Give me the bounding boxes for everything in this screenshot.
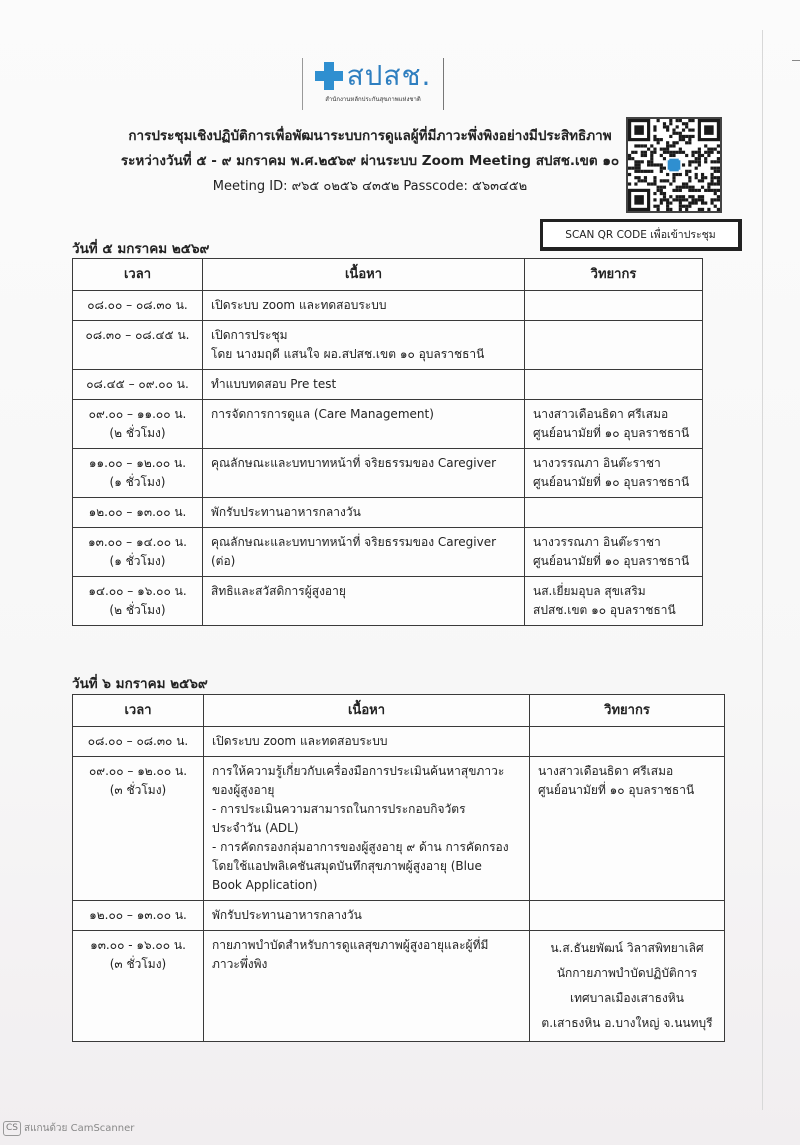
- camscanner-watermark: CS สแกนด้วย CamScanner: [3, 1121, 134, 1136]
- time-cell: ๑๒.๐๐ – ๑๓.๐๐ น.: [73, 498, 203, 528]
- speaker-line: นส.เยี่ยมอุบล สุขเสริม: [533, 582, 694, 601]
- content-line: สิทธิและสวัสดิการผู้สูงอายุ: [211, 582, 516, 601]
- time-range: ๑๔.๐๐ – ๑๖.๐๐ น.: [81, 582, 194, 601]
- speaker-line: ศูนย์อนามัยที่ ๑๐ อุบลราชธานี: [533, 552, 694, 571]
- column-header: เนื้อหา: [204, 695, 530, 727]
- speaker-line: ศูนย์อนามัยที่ ๑๐ อุบลราชธานี: [538, 781, 716, 800]
- speaker-cell: นางวรรณภา อินต๊ะราชาศูนย์อนามัยที่ ๑๐ อุ…: [525, 528, 703, 577]
- speaker-cell: นางสาวเดือนธิดา ศรีเสมอศูนย์อนามัยที่ ๑๐…: [530, 757, 725, 901]
- speaker-line: ศูนย์อนามัยที่ ๑๐ อุบลราชธานี: [533, 424, 694, 443]
- day-heading-2: วันที่ ๖ มกราคม ๒๕๖๙: [72, 672, 208, 694]
- content-cell: คุณลักษณะและบทบาทหน้าที่ จริยธรรมของ Car…: [203, 449, 525, 498]
- content-line: คุณลักษณะและบทบาทหน้าที่ จริยธรรมของ Car…: [211, 454, 516, 473]
- speaker-line: นางวรรณภา อินต๊ะราชา: [533, 454, 694, 473]
- schedule-table-day-1: เวลาเนื้อหาวิทยากร ๐๘.๐๐ – ๐๘.๓๐ น.เปิดร…: [72, 258, 703, 626]
- table-row: ๑๓.๐๐ – ๑๔.๐๐ น.(๑ ชั่วโมง)คุณลักษณะและบ…: [73, 528, 703, 577]
- content-cell: คุณลักษณะและบทบาทหน้าที่ จริยธรรมของ Car…: [203, 528, 525, 577]
- time-cell: ๑๓.๐๐ – ๑๔.๐๐ น.(๑ ชั่วโมง): [73, 528, 203, 577]
- speaker-line: เทศบาลเมืองเสาธงหิน: [538, 986, 716, 1011]
- time-range: ๑๒.๐๐ – ๑๓.๐๐ น.: [81, 503, 194, 522]
- speaker-cell: นส.เยี่ยมอุบล สุขเสริมสปสช.เขต ๑๐ อุบลรา…: [525, 577, 703, 626]
- time-range: ๐๘.๓๐ – ๐๘.๔๕ น.: [81, 326, 194, 345]
- speaker-line: สปสช.เขต ๑๐ อุบลราชธานี: [533, 601, 694, 620]
- column-header: เวลา: [73, 259, 203, 291]
- table-row: ๐๘.๓๐ – ๐๘.๔๕ น.เปิดการประชุมโดย นางมฤดี…: [73, 321, 703, 370]
- content-cell: เปิดระบบ zoom และทดสอบระบบ: [203, 291, 525, 321]
- duration: (๓ ชั่วโมง): [81, 781, 195, 800]
- table-row: ๐๙.๐๐ – ๑๑.๐๐ น.(๒ ชั่วโมง)การจัดการการด…: [73, 400, 703, 449]
- time-range: ๑๓.๐๐ - ๑๖.๐๐ น.: [81, 936, 195, 955]
- speaker-line: นางสาวเดือนธิดา ศรีเสมอ: [538, 762, 716, 781]
- column-header: เวลา: [73, 695, 204, 727]
- duration: (๑ ชั่วโมง): [81, 473, 194, 492]
- duration: (๑ ชั่วโมง): [81, 552, 194, 571]
- time-cell: ๑๔.๐๐ – ๑๖.๐๐ น.(๒ ชั่วโมง): [73, 577, 203, 626]
- speaker-line: นักกายภาพบำบัดปฏิบัติการ: [538, 961, 716, 986]
- speaker-line: นางวรรณภา อินต๊ะราชา: [533, 533, 694, 552]
- speaker-cell: นางสาวเดือนธิดา ศรีเสมอศูนย์อนามัยที่ ๑๐…: [525, 400, 703, 449]
- speaker-line: นางสาวเดือนธิดา ศรีเสมอ: [533, 405, 694, 424]
- scan-qr-label: SCAN QR CODE เพื่อเข้าประชุม: [540, 219, 742, 251]
- table-row: ๑๒.๐๐ – ๑๓.๐๐ น.พักรับประทานอาหารกลางวัน: [73, 498, 703, 528]
- column-header: เนื้อหา: [203, 259, 525, 291]
- time-range: ๐๙.๐๐ – ๑๑.๐๐ น.: [81, 405, 194, 424]
- duration: (๓ ชั่วโมง): [81, 955, 195, 974]
- speaker-cell: [525, 291, 703, 321]
- time-cell: ๐๘.๐๐ – ๐๘.๓๐ น.: [73, 291, 203, 321]
- content-line: เปิดระบบ zoom และทดสอบระบบ: [211, 296, 516, 315]
- time-cell: ๐๙.๐๐ – ๑๑.๐๐ น.(๒ ชั่วโมง): [73, 400, 203, 449]
- content-line: ประจำวัน (ADL): [212, 819, 521, 838]
- nhso-logo: สปสช. สำนักงานหลักประกันสุขภาพแห่งชาติ: [302, 58, 444, 110]
- duration: (๒ ชั่วโมง): [81, 424, 194, 443]
- content-line: ทำแบบทดสอบ Pre test: [211, 375, 516, 394]
- time-cell: ๑๓.๐๐ - ๑๖.๐๐ น.(๓ ชั่วโมง): [73, 931, 204, 1042]
- title-line-2: ระหว่างวันที่ ๕ - ๙ มกราคม พ.ศ.๒๕๖๙ ผ่าน…: [110, 149, 630, 174]
- time-range: ๐๘.๐๐ – ๐๘.๓๐ น.: [81, 296, 194, 315]
- time-range: ๐๙.๐๐ – ๑๒.๐๐ น.: [81, 762, 195, 781]
- table-row: ๑๔.๐๐ – ๑๖.๐๐ น.(๒ ชั่วโมง)สิทธิและสวัสด…: [73, 577, 703, 626]
- time-range: ๐๘.๐๐ – ๐๘.๓๐ น.: [81, 732, 195, 751]
- table-row: ๐๘.๐๐ – ๐๘.๓๐ น.เปิดระบบ zoom และทดสอบระ…: [73, 291, 703, 321]
- time-cell: ๐๙.๐๐ – ๑๒.๐๐ น.(๓ ชั่วโมง): [73, 757, 204, 901]
- content-line: เปิดการประชุม: [211, 326, 516, 345]
- content-cell: เปิดระบบ zoom และทดสอบระบบ: [204, 727, 530, 757]
- content-line: - การประเมินความสามารถในการประกอบกิจวัตร: [212, 800, 521, 819]
- time-cell: ๑๒.๐๐ – ๑๓.๐๐ น.: [73, 901, 204, 931]
- content-cell: สิทธิและสวัสดิการผู้สูงอายุ: [203, 577, 525, 626]
- logo-text: สปสช.: [347, 60, 432, 92]
- content-cell: ทำแบบทดสอบ Pre test: [203, 370, 525, 400]
- content-cell: กายภาพบำบัดสำหรับการดูแลสุขภาพผู้สูงอายุ…: [204, 931, 530, 1042]
- content-line: (ต่อ): [211, 552, 516, 571]
- content-line: - การคัดกรองกลุ่มอาการของผู้สูงอายุ ๙ ด้…: [212, 838, 521, 857]
- speaker-cell: นางวรรณภา อินต๊ะราชาศูนย์อนามัยที่ ๑๐ อุ…: [525, 449, 703, 498]
- time-cell: ๐๘.๐๐ – ๐๘.๓๐ น.: [73, 727, 204, 757]
- table-row: ๑๑.๐๐ – ๑๒.๐๐ น.(๑ ชั่วโมง)คุณลักษณะและบ…: [73, 449, 703, 498]
- content-cell: พักรับประทานอาหารกลางวัน: [204, 901, 530, 931]
- qr-code[interactable]: [626, 117, 722, 213]
- table-row: ๑๒.๐๐ – ๑๓.๐๐ น.พักรับประทานอาหารกลางวัน: [73, 901, 725, 931]
- camscanner-icon: CS: [3, 1121, 21, 1136]
- content-line: คุณลักษณะและบทบาทหน้าที่ จริยธรรมของ Car…: [211, 533, 516, 552]
- table-row: ๐๙.๐๐ – ๑๒.๐๐ น.(๓ ชั่วโมง)การให้ความรู้…: [73, 757, 725, 901]
- speaker-line: ต.เสาธงหิน อ.บางใหญ่ จ.นนทบุรี: [538, 1011, 716, 1036]
- content-line: โดยใช้แอปพลิเคชันสมุดบันทึกสุขภาพผู้สูงอ…: [212, 857, 521, 876]
- watermark-text: สแกนด้วย CamScanner: [24, 1121, 134, 1136]
- content-line: Book Application): [212, 876, 521, 895]
- document-title: การประชุมเชิงปฏิบัติการเพื่อพัฒนาระบบการ…: [110, 124, 630, 199]
- content-line: การจัดการการดูแล (Care Management): [211, 405, 516, 424]
- content-line: โดย นางมฤดี แสนใจ ผอ.สปสช.เขต ๑๐ อุบลราช…: [211, 345, 516, 364]
- logo-subtitle: สำนักงานหลักประกันสุขภาพแห่งชาติ: [325, 94, 421, 104]
- speaker-cell: [525, 321, 703, 370]
- duration: (๒ ชั่วโมง): [81, 601, 194, 620]
- speaker-line: ศูนย์อนามัยที่ ๑๐ อุบลราชธานี: [533, 473, 694, 492]
- table-row: ๑๓.๐๐ - ๑๖.๐๐ น.(๓ ชั่วโมง)กายภาพบำบัดสำ…: [73, 931, 725, 1042]
- time-cell: ๐๘.๓๐ – ๐๘.๔๕ น.: [73, 321, 203, 370]
- table-row: ๐๘.๔๕ – ๐๙.๐๐ น.ทำแบบทดสอบ Pre test: [73, 370, 703, 400]
- medical-cross-icon: [315, 62, 343, 90]
- title-line-1: การประชุมเชิงปฏิบัติการเพื่อพัฒนาระบบการ…: [110, 124, 630, 149]
- content-line: กายภาพบำบัดสำหรับการดูแลสุขภาพผู้สูงอายุ…: [212, 936, 521, 955]
- qr-code-icon: [628, 119, 720, 211]
- time-range: ๑๒.๐๐ – ๑๓.๐๐ น.: [81, 906, 195, 925]
- speaker-cell: [525, 498, 703, 528]
- day-heading-1: วันที่ ๕ มกราคม ๒๕๖๙: [72, 237, 209, 259]
- speaker-cell: [525, 370, 703, 400]
- column-header: วิทยากร: [530, 695, 725, 727]
- content-line: พักรับประทานอาหารกลางวัน: [211, 503, 516, 522]
- content-line: การให้ความรู้เกี่ยวกับเครื่องมือการประเม…: [212, 762, 521, 781]
- content-cell: เปิดการประชุมโดย นางมฤดี แสนใจ ผอ.สปสช.เ…: [203, 321, 525, 370]
- time-cell: ๐๘.๔๕ – ๐๙.๐๐ น.: [73, 370, 203, 400]
- speaker-cell: น.ส.ธันยพัฒน์ วิลาสพิทยาเลิศนักกายภาพบำบ…: [530, 931, 725, 1042]
- table-row: ๐๘.๐๐ – ๐๘.๓๐ น.เปิดระบบ zoom และทดสอบระ…: [73, 727, 725, 757]
- scanned-page: สปสช. สำนักงานหลักประกันสุขภาพแห่งชาติ ก…: [0, 0, 800, 1145]
- time-range: ๑๓.๐๐ – ๑๔.๐๐ น.: [81, 533, 194, 552]
- speaker-cell: [530, 727, 725, 757]
- content-cell: การให้ความรู้เกี่ยวกับเครื่องมือการประเม…: [204, 757, 530, 901]
- speaker-cell: [530, 901, 725, 931]
- content-cell: พักรับประทานอาหารกลางวัน: [203, 498, 525, 528]
- time-range: ๐๘.๔๕ – ๐๙.๐๐ น.: [81, 375, 194, 394]
- speaker-line: น.ส.ธันยพัฒน์ วิลาสพิทยาเลิศ: [538, 936, 716, 961]
- content-line: เปิดระบบ zoom และทดสอบระบบ: [212, 732, 521, 751]
- time-cell: ๑๑.๐๐ – ๑๒.๐๐ น.(๑ ชั่วโมง): [73, 449, 203, 498]
- schedule-table-day-2: เวลาเนื้อหาวิทยากร ๐๘.๐๐ – ๐๘.๓๐ น.เปิดร…: [72, 694, 725, 1042]
- corner-mark: [792, 60, 800, 61]
- meeting-credentials: Meeting ID: ๙๖๕ ๐๒๕๖ ๔๓๕๒ Passcode: ๕๖๓๔…: [110, 174, 630, 199]
- content-line: พักรับประทานอาหารกลางวัน: [212, 906, 521, 925]
- content-cell: การจัดการการดูแล (Care Management): [203, 400, 525, 449]
- time-range: ๑๑.๐๐ – ๑๒.๐๐ น.: [81, 454, 194, 473]
- content-line: ภาวะพึ่งพิง: [212, 955, 521, 974]
- column-header: วิทยากร: [525, 259, 703, 291]
- page-edge: [762, 30, 763, 1110]
- content-line: ของผู้สูงอายุ: [212, 781, 521, 800]
